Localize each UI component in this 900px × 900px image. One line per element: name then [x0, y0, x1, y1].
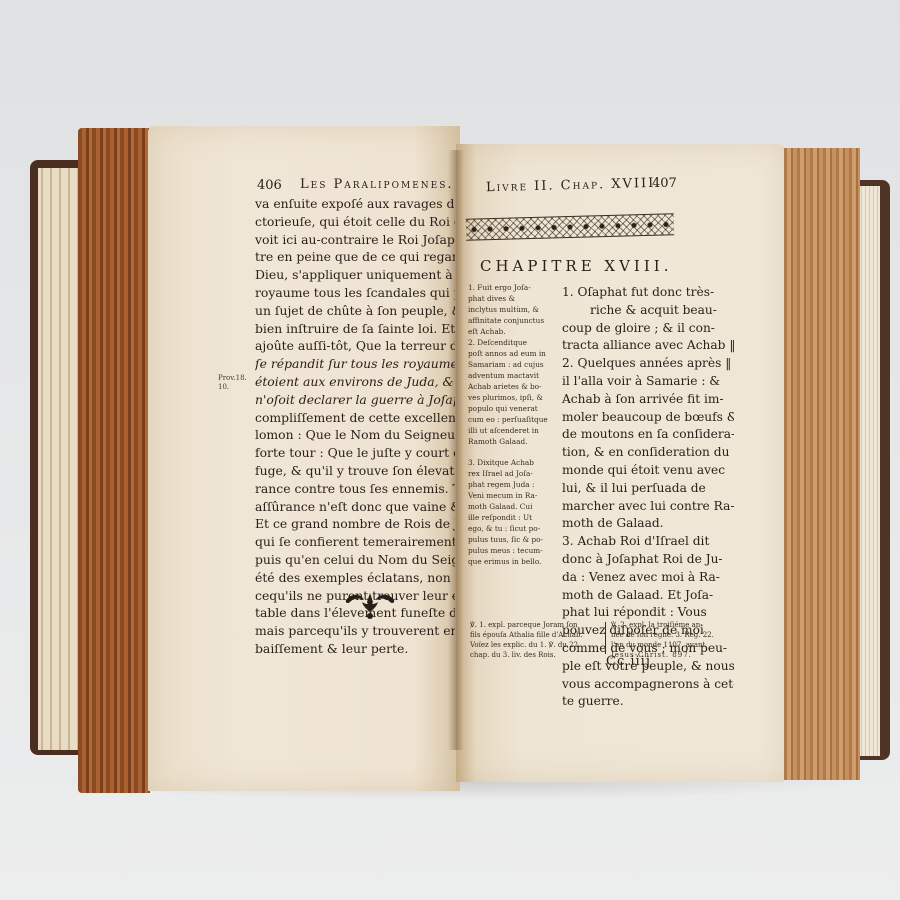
latin-line: pulus meus : tecum- [468, 545, 558, 556]
latin-line: pulus tuus, ſic & po- [468, 534, 558, 545]
footnote-left-line: chap. du 3. liv. des Rois. [470, 650, 556, 660]
footnote-right-line: née de ſon regne. 3. Reg. 22. [611, 630, 714, 640]
text-line: Achab à ſon arrivée fit im- [562, 391, 734, 409]
text-line: forte tour : Que le juſte y court comme … [255, 444, 455, 462]
text-line: da : Venez avec moi à Ra- [562, 569, 734, 587]
page-edge-right [780, 148, 860, 780]
text-line: baiſſement & leur perte. [255, 640, 455, 658]
text-line: qui ſe confierent temerairement en d'aut… [255, 533, 455, 551]
latin-line: que erimus in bello. [468, 556, 558, 567]
latin-line: affinitate conjunctus [468, 315, 558, 326]
latin-line: Veni mecum in Ra- [468, 490, 558, 501]
latin-line: rex Iſrael ad Joſa- [468, 468, 558, 479]
left-page-number: 406 [257, 178, 282, 193]
text-line: moth de Galaad. [562, 515, 734, 533]
margin-note-line: 10. [218, 383, 247, 392]
latin-line: Samariam : ad cujus [468, 359, 558, 370]
latin-line: inclytus multùm, & [468, 304, 558, 315]
footnote-left-line: fils épouſa Athalia fille d'Achab. [470, 630, 583, 640]
chapter-title: CHAPITRE XVIII. [480, 257, 672, 275]
latin-gap [468, 447, 558, 457]
latin-line: 1. Fuit ergo Joſa- [468, 282, 558, 293]
latin-line: eſt Achab. [468, 326, 558, 337]
text-line: lomon : Que le Nom du Seigneur eſt une t… [255, 426, 455, 444]
text-line: 3. Achab Roi d'Iſrael dit [562, 533, 734, 551]
text-line: ajoûte auſſi-tôt, Que la terreur du Nom … [255, 337, 455, 355]
text-line: 1. Oſaphat fut donc très- [562, 284, 734, 302]
latin-line: ego, & tu : ſicut po- [468, 523, 558, 534]
latin-line: ves plurimos, ipſi, & [468, 392, 558, 403]
latin-line: phat regem Juda : [468, 479, 558, 490]
text-line: vous accompagnerons à cet- [562, 676, 734, 694]
text-line: royaume tous les ſcandales qui pouvoient… [255, 284, 455, 302]
text-line: puis qu'en celui du Nom du Seigneur, ont [255, 551, 455, 569]
signature-mark: Cc iiij [606, 654, 651, 669]
text-line: de moutons en ſa conſidera- [562, 426, 734, 444]
latin-line: cum eo : perſuaſitque [468, 414, 558, 425]
text-line: mais parcequ'ils y trouverent en effet l… [255, 622, 455, 640]
text-line: fuge, & qu'il y trouve ſon élevation & ſ… [255, 462, 455, 480]
text-line: n'oſoit declarer la guerre à Joſaphat. C… [255, 391, 455, 409]
text-line: tracta alliance avec Achab ‖. [562, 337, 734, 355]
text-line: étoient aux environs de Juda, & que perſ… [255, 373, 455, 391]
latin-line: populo qui venerat [468, 403, 558, 414]
footnote-left-line: ℣. 1. expl. parceque Joram ſon [470, 620, 578, 630]
latin-line: poſt annos ad eum in [468, 348, 558, 359]
footnote-right-line: l'an du monde 1107. avant [611, 640, 705, 650]
text-line: 2. Quelques années après ‖ [562, 355, 734, 373]
text-line: marcher avec lui contre Ra- [562, 498, 734, 516]
latin-line: phat dives & [468, 293, 558, 304]
text-line: ſe répandit ſur tous les royaumes des te… [255, 355, 455, 373]
text-line: tre en peine que de ce qui regardoit le … [255, 248, 455, 266]
latin-line: 3. Dixitque Achab [468, 457, 558, 468]
text-line: te guerre. [562, 693, 734, 711]
left-page-body: va enſuite expoſé aux ravages d'une armé… [255, 195, 455, 658]
text-line: voit ici au-contraire le Roi Joſaphat ne… [255, 231, 455, 249]
text-line: riche & acquit beau- [562, 302, 734, 320]
latin-line: ille reſpondit : Ut [468, 512, 558, 523]
text-line: coup de gloire ; & il con- [562, 320, 734, 338]
page-edge-left [78, 128, 150, 793]
text-line: aſſûrance n'eſt donc que vaine & trompeu… [255, 498, 455, 516]
text-line: lui, & il lui perſuada de [562, 480, 734, 498]
text-line: rance contre tous ſes ennemis. Toute aut… [255, 480, 455, 498]
text-line: compliſſement de cette excellente parole… [255, 409, 455, 427]
margin-note: Prov.18. 10. [218, 374, 247, 392]
margin-note-line: Prov.18. [218, 374, 247, 383]
text-line: Dieu, s'appliquer uniquement à ôter de ſ… [255, 266, 455, 284]
latin-column: 1. Fuit ergo Joſa- phat dives & inclytus… [468, 282, 558, 567]
latin-line: illi ut aſcenderet in [468, 425, 558, 436]
text-line: ctorieuſe, qui étoit celle du Roi d'Egyp… [255, 213, 455, 231]
latin-line: Achab arietes & bo- [468, 381, 558, 392]
right-page-number: 407 [652, 176, 677, 191]
text-line: un ſujet de chûte à ſon peuple, & à le f… [255, 302, 455, 320]
latin-line: adventum mactavit [468, 370, 558, 381]
text-line: monde qui étoit venu avec [562, 462, 734, 480]
latin-line: Ramoth Galaad. [468, 436, 558, 447]
latin-line: 2. Deſcenditque [468, 337, 558, 348]
fleuron-ornament-icon [342, 590, 398, 620]
text-line: donc à Joſaphat Roi de Ju- [562, 551, 734, 569]
text-line: été des exemples éclatans, non ſeulement… [255, 569, 455, 587]
text-line: bien inſtruire de ſa ſainte loi. Et l'Ec… [255, 320, 455, 338]
text-line: va enſuite expoſé aux ravages d'une armé… [255, 195, 455, 213]
text-line: Et ce grand nombre de Rois de Juda & d'I… [255, 515, 455, 533]
text-line: moth de Galaad. Et Joſa- [562, 587, 734, 605]
footnote-divider [605, 622, 606, 654]
cover-right-page-stack [858, 186, 880, 756]
left-running-head: Les Paralipomenes. [300, 177, 454, 192]
text-line: il l'alla voir à Samarie : & [562, 373, 734, 391]
text-line: tion, & en conſideration du [562, 444, 734, 462]
footnote-right-line: ℣. 2. expl. la troiſiéme an- [611, 620, 703, 630]
footnote-left-line: Voïez les explic. du 1. ℣. du 22. [470, 640, 580, 650]
text-line: moler beaucoup de bœufs & [562, 409, 734, 427]
latin-line: moth Galaad. Cui [468, 501, 558, 512]
